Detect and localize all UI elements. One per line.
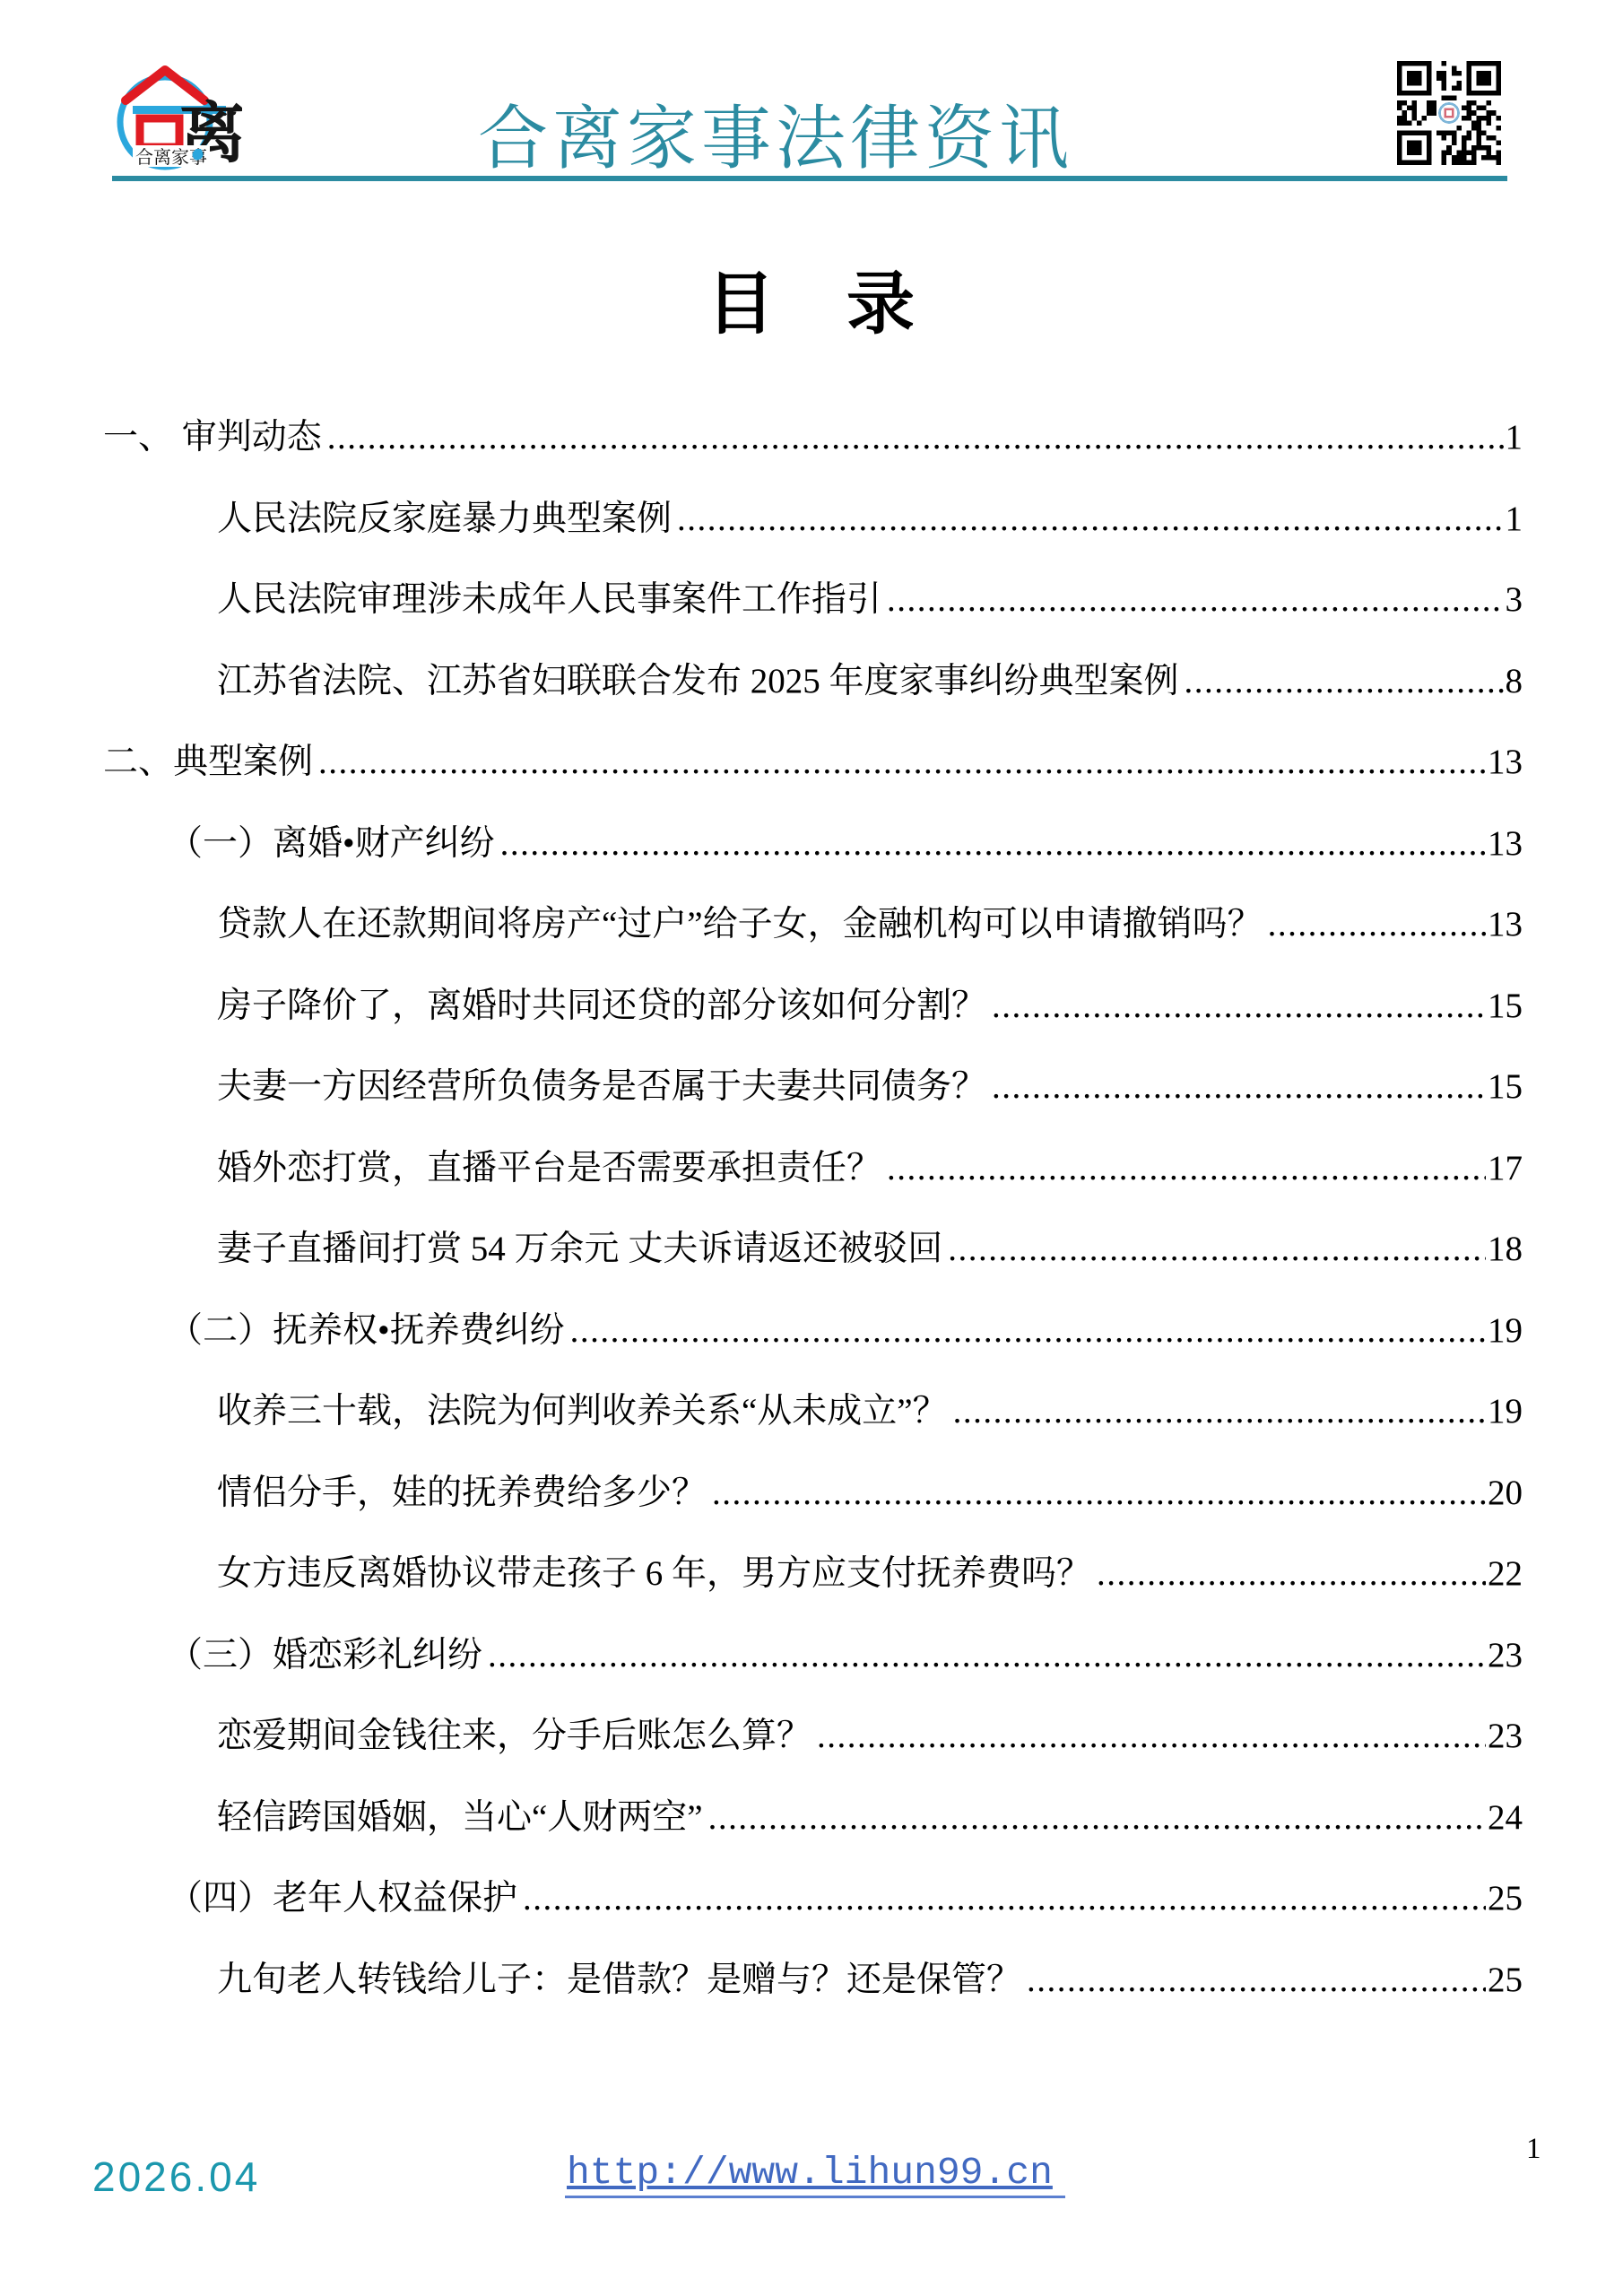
toc-entry[interactable]: 情侣分手，娃的抚养费给多少？ .........................… (103, 1453, 1523, 1535)
toc-dot-leader: ........................................… (948, 1371, 1486, 1453)
toc-dot-leader: ........................................… (322, 397, 1504, 479)
toc-dot-leader: ........................................… (811, 1696, 1486, 1778)
toc-entry[interactable]: 二、典型案例 .................................… (103, 722, 1523, 804)
toc-dot-leader: ........................................… (517, 1858, 1486, 1940)
header-divider (112, 176, 1507, 181)
toc-dot-leader: ........................................… (565, 1291, 1486, 1372)
toc-dot-leader: ........................................… (1179, 641, 1504, 723)
toc-entry[interactable]: 轻信跨国婚姻，当心“人财两空” ........................… (103, 1778, 1523, 1859)
toc-dot-leader: ........................................… (986, 1047, 1486, 1128)
toc-entry-page-number: 22 (1486, 1534, 1523, 1615)
toc-entry-label: 江苏省法院、江苏省妇联联合发布 2025 年度家事纠纷典型案例 (103, 641, 1179, 723)
toc-entry-page-number: 13 (1486, 722, 1523, 804)
toc-entry[interactable]: 收养三十载，法院为何判收养关系“从未成立”？ .................… (103, 1371, 1523, 1453)
toc-entry-page-number: 17 (1486, 1128, 1523, 1210)
brand-logo-icon: 离 合离家事 (108, 63, 242, 172)
toc-entry-page-number: 25 (1486, 1940, 1523, 2022)
qr-code (1397, 61, 1501, 165)
toc-entry[interactable]: （四）老年人权益保护 .............................… (103, 1858, 1523, 1940)
toc-entry-page-number: 19 (1486, 1371, 1523, 1453)
toc-entry-label: 收养三十载，法院为何判收养关系“从未成立”？ (103, 1371, 948, 1453)
toc-entry[interactable]: 恋爱期间金钱往来，分手后账怎么算？ ......................… (103, 1696, 1523, 1778)
toc-entry-label: 九旬老人转钱给儿子：是借款？是赠与？还是保管？ (103, 1940, 1021, 2022)
page-header-title: 合离家事法律资讯 (478, 83, 1073, 183)
toc-entry-page-number: 23 (1486, 1615, 1523, 1697)
footer-website-link[interactable]: http://www.lihun99.cn (565, 2151, 1065, 2198)
toc-entry[interactable]: 贷款人在还款期间将房产“过户”给子女，金融机构可以申请撤销吗？ ........… (103, 884, 1523, 966)
toc-entry-page-number: 20 (1486, 1453, 1523, 1535)
logo-box-icon (140, 118, 179, 147)
toc-dot-leader: ........................................… (1263, 884, 1486, 966)
toc-entry-label: 婚外恋打赏，直播平台是否需要承担责任？ (103, 1128, 881, 1210)
toc-dot-leader: ........................................… (986, 966, 1486, 1048)
toc-dot-leader: ........................................… (313, 722, 1486, 804)
toc-entry-page-number: 15 (1486, 1047, 1523, 1128)
toc-entry[interactable]: 人民法院审理涉未成年人民事案件工作指引 ....................… (103, 560, 1523, 641)
toc-entry[interactable]: 房子降价了，离婚时共同还贷的部分该如何分割？ .................… (103, 966, 1523, 1048)
toc-entry-page-number: 1 (1504, 479, 1523, 561)
toc-entry[interactable]: 一、 审判动态 ................................… (103, 397, 1523, 479)
toc-list: 一、 审判动态 ................................… (103, 397, 1523, 2021)
toc-entry[interactable]: 婚外恋打赏，直播平台是否需要承担责任？ ....................… (103, 1128, 1523, 1210)
toc-dot-leader: ........................................… (942, 1209, 1486, 1291)
toc-entry-page-number: 1 (1504, 397, 1523, 479)
toc-title: 目 录 (0, 249, 1623, 347)
toc-entry-label: （一）离婚•财产纠纷 (103, 804, 495, 885)
toc-entry-label: 妻子直播间打赏 54 万余元 丈夫诉请返还被驳回 (103, 1209, 942, 1291)
toc-entry-label: 房子降价了，离婚时共同还贷的部分该如何分割？ (103, 966, 986, 1048)
toc-entry[interactable]: 江苏省法院、江苏省妇联联合发布 2025 年度家事纠纷典型案例 ........… (103, 641, 1523, 723)
document-page: 离 合离家事 合离家事法律资讯 (0, 0, 1623, 2296)
toc-dot-leader: ........................................… (672, 479, 1503, 561)
toc-entry-label: （四）老年人权益保护 (103, 1858, 517, 1940)
brand-logo: 离 合离家事 (108, 63, 242, 172)
toc-entry-label: 夫妻一方因经营所负债务是否属于夫妻共同债务？ (103, 1047, 986, 1128)
toc-entry[interactable]: 九旬老人转钱给儿子：是借款？是赠与？还是保管？ ................… (103, 1940, 1523, 2022)
toc-dot-leader: ........................................… (707, 1453, 1486, 1535)
toc-entry-page-number: 18 (1486, 1209, 1523, 1291)
toc-entry-page-number: 25 (1486, 1858, 1523, 1940)
toc-entry-label: 贷款人在还款期间将房产“过户”给子女，金融机构可以申请撤销吗？ (103, 884, 1263, 966)
toc-entry-label: 人民法院反家庭暴力典型案例 (103, 479, 672, 561)
toc-entry-page-number: 3 (1504, 560, 1523, 641)
toc-dot-leader: ........................................… (1091, 1534, 1486, 1615)
toc-entry-label: 恋爱期间金钱往来，分手后账怎么算？ (103, 1696, 811, 1778)
toc-entry-label: 二、典型案例 (103, 722, 313, 804)
footer-issue-date: 2026.04 (92, 2152, 260, 2201)
toc-dot-leader: ........................................… (881, 560, 1503, 641)
toc-entry-label: （三）婚恋彩礼纠纷 (103, 1615, 482, 1697)
toc-entry[interactable]: 夫妻一方因经营所负债务是否属于夫妻共同债务？ .................… (103, 1047, 1523, 1128)
toc-entry-label: 轻信跨国婚姻，当心“人财两空” (103, 1778, 703, 1859)
toc-entry[interactable]: （二）抚养权•抚养费纠纷 ...........................… (103, 1291, 1523, 1372)
toc-dot-leader: ........................................… (495, 804, 1486, 885)
qr-code-icon (1397, 61, 1501, 165)
toc-entry[interactable]: 人民法院反家庭暴力典型案例 ..........................… (103, 479, 1523, 561)
toc-entry-label: （二）抚养权•抚养费纠纷 (103, 1291, 565, 1372)
toc-entry-label: 人民法院审理涉未成年人民事案件工作指引 (103, 560, 881, 641)
toc-entry-label: 情侣分手，娃的抚养费给多少？ (103, 1453, 707, 1535)
toc-dot-leader: ........................................… (881, 1128, 1486, 1210)
toc-entry[interactable]: （一）离婚•财产纠纷 .............................… (103, 804, 1523, 885)
page-number: 1 (1526, 2133, 1541, 2166)
toc-entry-page-number: 15 (1486, 966, 1523, 1048)
toc-entry-page-number: 13 (1486, 884, 1523, 966)
toc-entry[interactable]: 女方违反离婚协议带走孩子 6 年，男方应支付抚养费吗？ ............… (103, 1534, 1523, 1615)
toc-entry-page-number: 8 (1504, 641, 1523, 723)
toc-dot-leader: ........................................… (1021, 1940, 1486, 2022)
toc-entry[interactable]: （三）婚恋彩礼纠纷 ..............................… (103, 1615, 1523, 1697)
toc-entry-label: 女方违反离婚协议带走孩子 6 年，男方应支付抚养费吗？ (103, 1534, 1091, 1615)
toc-entry-label: 一、 审判动态 (103, 397, 322, 479)
toc-dot-leader: ........................................… (482, 1615, 1486, 1697)
toc-dot-leader: ........................................… (703, 1778, 1486, 1859)
toc-entry[interactable]: 妻子直播间打赏 54 万余元 丈夫诉请返还被驳回 ...............… (103, 1209, 1523, 1291)
toc-entry-page-number: 24 (1486, 1778, 1523, 1859)
toc-entry-page-number: 23 (1486, 1696, 1523, 1778)
toc-entry-page-number: 19 (1486, 1291, 1523, 1372)
toc-entry-page-number: 13 (1486, 804, 1523, 885)
